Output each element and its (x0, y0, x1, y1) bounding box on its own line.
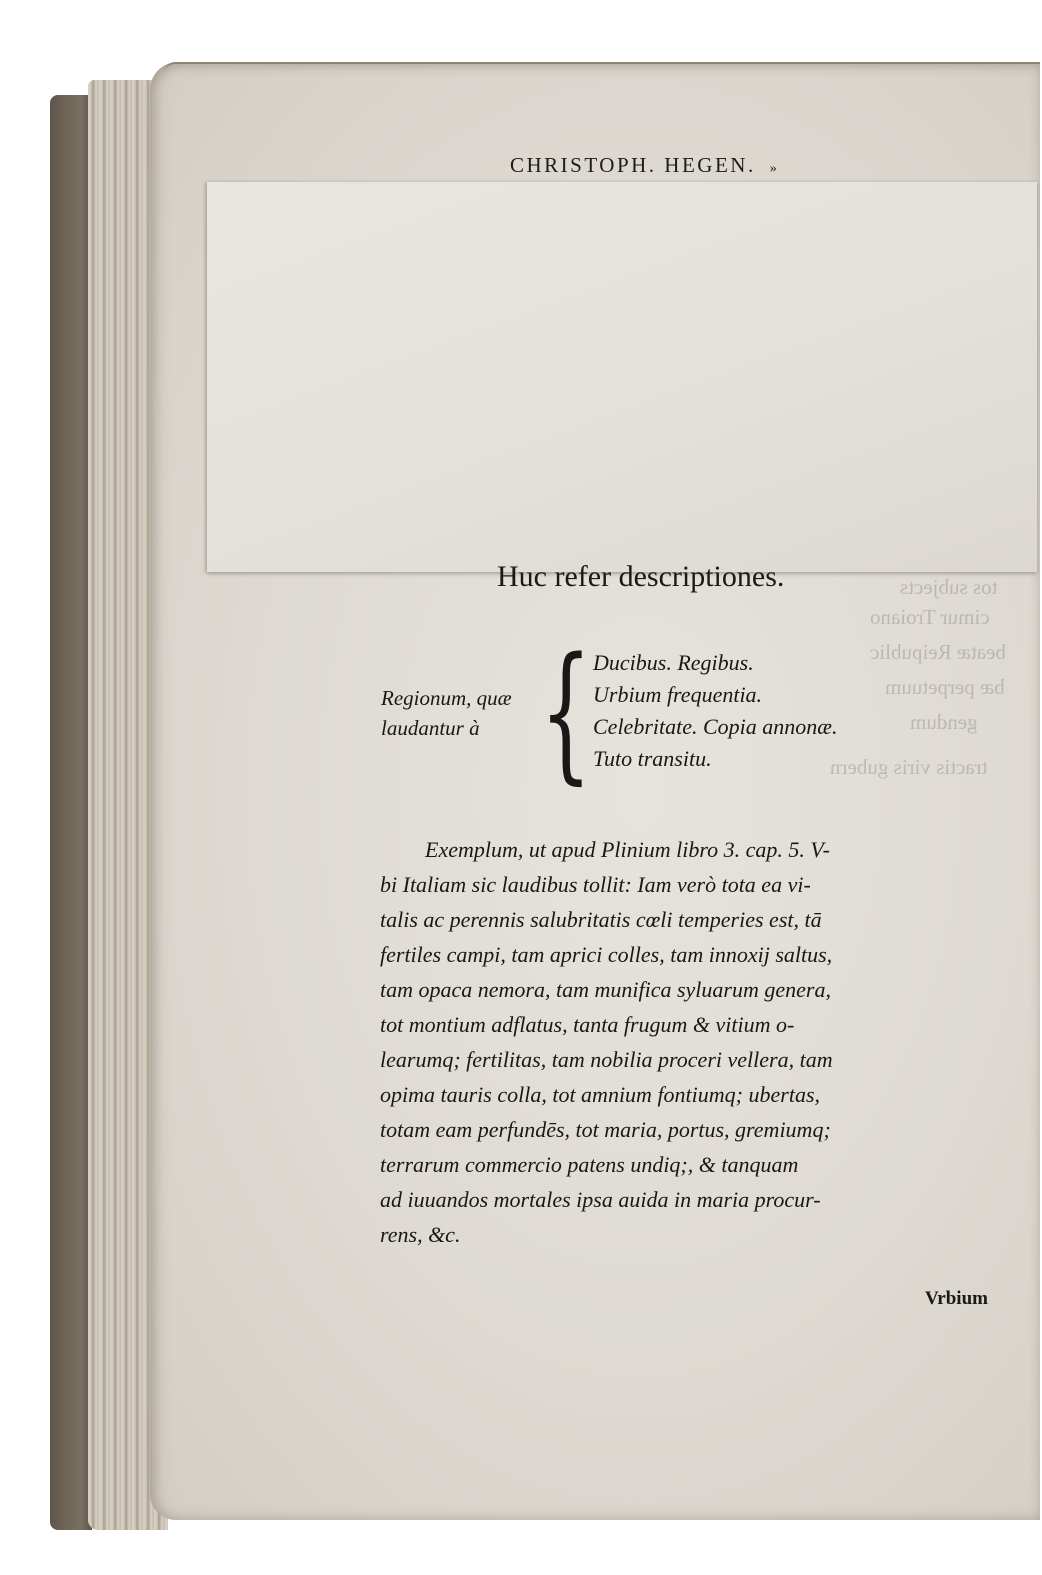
running-head: CHRISTOPH. HEGEN.» (510, 153, 779, 178)
show-through-text: gendum (910, 710, 978, 735)
body-line: learumq; fertilitas, tam nobilia proceri… (380, 1042, 1020, 1077)
body-line: totam eam perfundēs, tot maria, portus, … (380, 1112, 1020, 1147)
body-line: tot montium adflatus, tanta frugum & vit… (380, 1007, 1020, 1042)
body-line: ad iuuandos mortales ipsa auida in maria… (380, 1182, 1020, 1217)
bracket-item: Tuto transitu. (593, 743, 837, 775)
bracket-left-line: Regionum, quæ (381, 683, 512, 713)
pasted-paper-slip (207, 182, 1037, 572)
bracket-left-line: laudantur à (381, 713, 512, 743)
body-line: bi Italiam sic laudibus tollit: Iam verò… (380, 867, 1020, 902)
bracket-right-list: Ducibus. Regibus. Urbium frequentia. Cel… (593, 647, 837, 775)
running-head-text: CHRISTOPH. HEGEN. (510, 153, 756, 177)
body-line: fertiles campi, tam aprici colles, tam i… (380, 937, 1020, 972)
curly-brace-icon: { (540, 640, 568, 785)
body-paragraph: Exemplum, ut apud Plinium libro 3. cap. … (380, 832, 1020, 1252)
body-line: opima tauris colla, tot amnium fontiumq;… (380, 1077, 1020, 1112)
bracket-item: Urbium frequentia. (593, 679, 837, 711)
section-heading: Huc refer descriptiones. (497, 560, 784, 594)
show-through-text: tractis viris gubern (830, 755, 987, 780)
running-head-mark: » (770, 161, 780, 176)
book-photograph: CHRISTOPH. HEGEN.» tos subjects cimur Tr… (0, 0, 1042, 1575)
bracket-item: Celebritate. Copia annonæ. (593, 711, 837, 743)
show-through-text: bæ perpetuum (885, 675, 1005, 700)
body-line: tam opaca nemora, tam munifica syluarum … (380, 972, 1020, 1007)
show-through-text: beatæ Reipublic (870, 640, 1006, 665)
body-line: Exemplum, ut apud Plinium libro 3. cap. … (380, 832, 1020, 867)
bracket-left-label: Regionum, quæ laudantur à (381, 683, 512, 743)
catchword: Vrbium (925, 1288, 988, 1310)
book-cover-edge (50, 95, 92, 1530)
body-line: talis ac perennis salubritatis cœli temp… (380, 902, 1020, 937)
show-through-text: cimur Troiano (870, 605, 990, 630)
bracket-item: Ducibus. Regibus. (593, 647, 837, 679)
show-through-text: tos subjects (900, 575, 997, 600)
body-line: terrarum commercio patens undiq;, & tanq… (380, 1147, 1020, 1182)
body-line: rens, &c. (380, 1217, 1020, 1252)
page-top-edge (165, 62, 1040, 72)
